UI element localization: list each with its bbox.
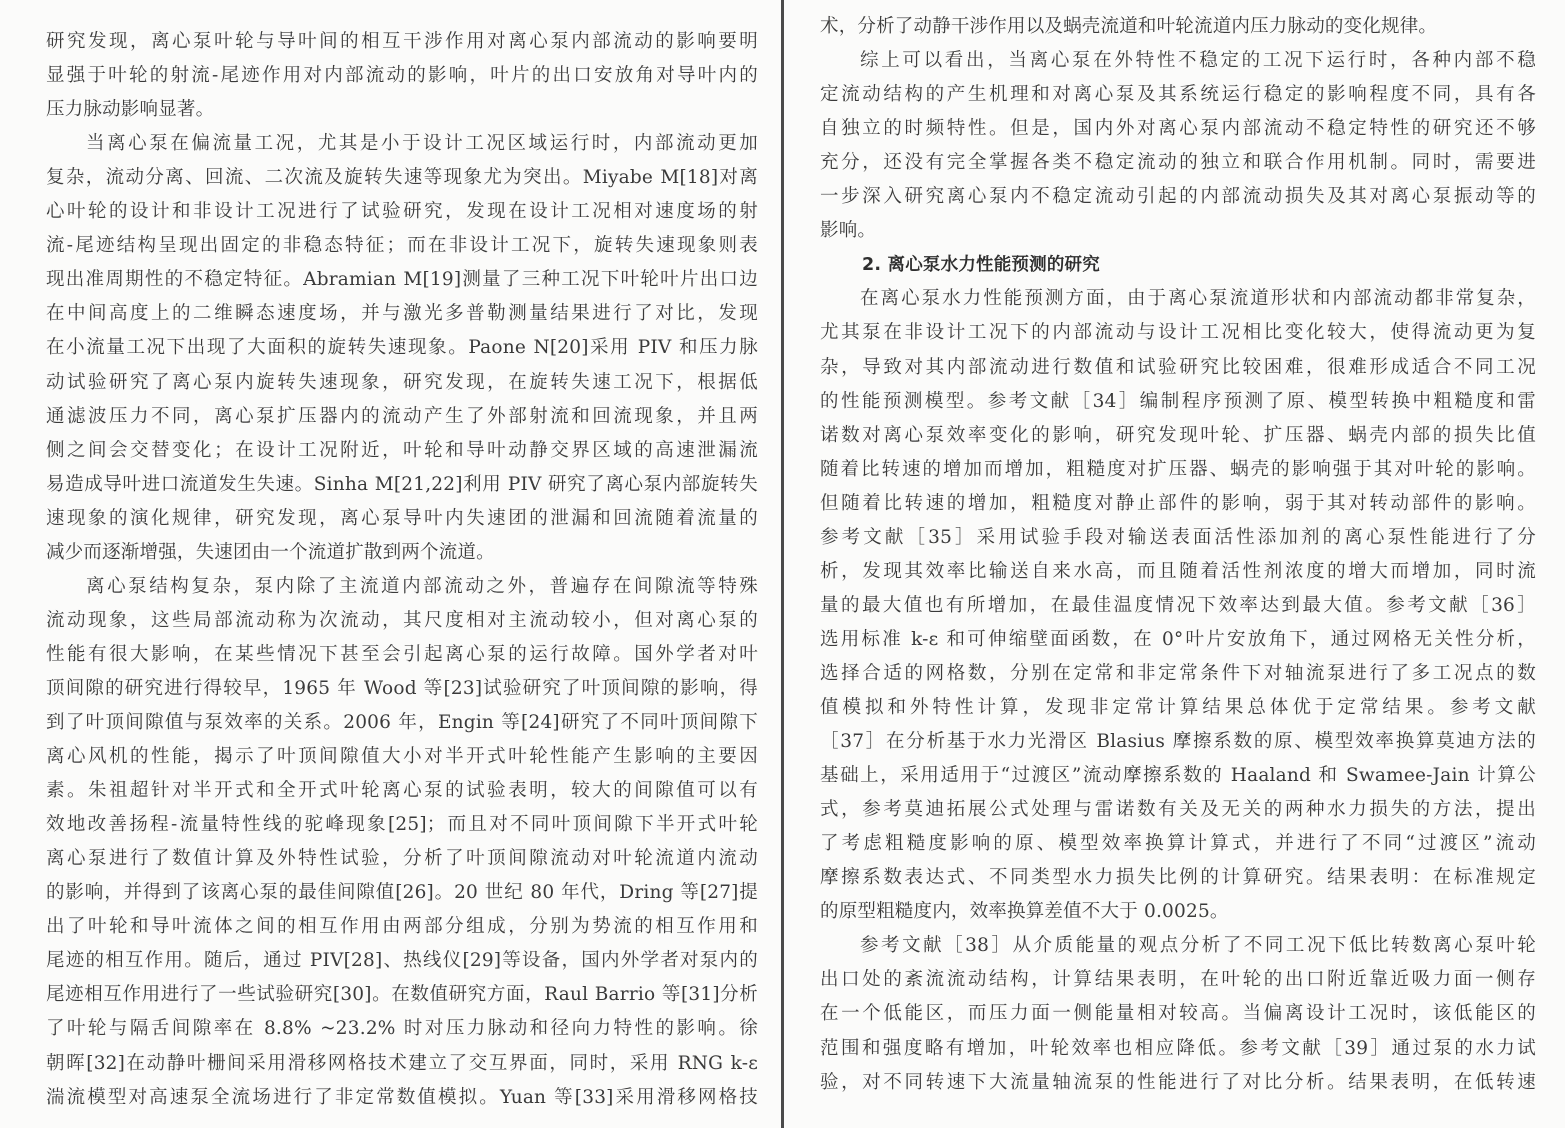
text-line: 了叶轮与隔舌间隙率在 8.8% ~23.2% 时对压力脉动和径向力特性的影响。徐 [46,1012,758,1046]
text-line: 术，分析了动静干涉作用以及蜗壳流道和叶轮流道内压力脉动的变化规律。 [820,10,1536,44]
text-line: 的原型粗糙度内，效率换算差值不大于 0.0025。 [820,895,1536,929]
text-line: 定流动结构的产生机理和对离心泵及其系统运行稳定的影响程度不同，具有各 [820,78,1536,112]
text-line: 离心风机的性能，揭示了叶顶间隙值大小对半开式叶轮性能产生影响的主要因 [46,740,758,774]
text-line: 性能有很大影响，在某些情况下甚至会引起离心泵的运行故障。国外学者对叶 [46,638,758,672]
text-line: 但随着比转速的增加，粗糙度对静止部件的影响，弱于其对转动部件的影响。 [820,487,1536,521]
text-line: 在中间高度上的二维瞬态速度场，并与激光多普勒测量结果进行了对比，发现 [46,297,758,331]
text-line: 诺数对离心泵效率变化的影响，研究发现叶轮、扩压器、蜗壳内部的损失比值 [820,419,1536,453]
text-line: 综上可以看出，当离心泵在外特性不稳定的工况下运行时，各种内部不稳 [860,44,1536,78]
text-line: 效地改善扬程-流量特性线的驼峰现象[25]；而且对不同叶顶间隙下半开式叶轮 [46,808,758,842]
text-line: 离心泵进行了数值计算及外特性试验，分析了叶顶间隙流动对叶轮流道内流动 [46,842,758,876]
text-line: 影响。 [820,214,1536,248]
column-divider [781,0,784,1128]
text-line: 尾迹的相互作用。随后，通过 PIV[28]、热线仪[29]等设备，国内外学者对泵… [46,944,758,978]
text-line: 充分，还没有完全掌握各类不稳定流动的独立和联合作用机制。同时，需要进 [820,146,1536,180]
text-line: 速现象的演化规律，研究发现，离心泵导叶内失速团的泄漏和回流随着流量的 [46,502,758,536]
text-line: 尾迹相互作用进行了一些试验研究[30]。在数值研究方面，Raul Barrio … [46,978,758,1012]
text-line: 范围和强度略有增加，叶轮效率也相应降低。参考文献［39］通过泵的水力试 [820,1032,1536,1066]
text-line: 减少而逐渐增强，失速团由一个流道扩散到两个流道。 [46,536,758,570]
text-line: 杂，导致对其内部流动进行数值和试验研究比较困难，很难形成适合不同工况 [820,351,1536,385]
text-line: 顶间隙的研究进行得较早，1965 年 Wood 等[23]试验研究了叶顶间隙的影… [46,672,758,706]
text-line: 流-尾迹结构呈现出固定的非稳态特征；而在非设计工况下，旋转失速现象则表 [46,229,758,263]
text-line: 参考文献［35］采用试验手段对输送表面活性添加剂的离心泵性能进行了分 [820,521,1536,555]
text-line: 选择合适的网格数，分别在定常和非定常条件下对轴流泵进行了多工况点的数 [820,657,1536,691]
text-line: 动试验研究了离心泵内旋转失速现象，研究发现，在旋转失速工况下，根据低 [46,366,758,400]
text-line: 当离心泵在偏流量工况，尤其是小于设计工况区域运行时，内部流动更加 [86,127,758,161]
text-line: 选用标准 k-ε 和可伸缩壁面函数，在 0°叶片安放角下，通过网格无关性分析， [820,623,1536,657]
text-line: 朝晖[32]在动静叶栅间采用滑移网格技术建立了交互界面，同时，采用 RNG k-… [46,1047,758,1081]
text-line: 到了叶顶间隙值与泵效率的关系。2006 年，Engin 等[24]研究了不同叶顶… [46,706,758,740]
text-line: 流动现象，这些局部流动称为次流动，其尺度相对主流动较小，但对离心泵的 [46,604,758,638]
text-line: 尤其泵在非设计工况下的内部流动与设计工况相比变化较大，使得流动更为复 [820,316,1536,350]
text-line: 在离心泵水力性能预测方面，由于离心泵流道形状和内部流动都非常复杂， [860,282,1536,316]
text-line: 易造成导叶进口流道发生失速。Sinha M[21,22]利用 PIV 研究了离心… [46,468,758,502]
text-line: 析，发现其效率比输送自来水高，而且随着活性剂浓度的增大而增加，同时流 [820,555,1536,589]
text-line: 研究发现，离心泵叶轮与导叶间的相互干涉作用对离心泵内部流动的影响要明 [46,25,758,59]
text-line: 湍流模型对高速泵全流场进行了非定常数值模拟。Yuan 等[33]采用滑移网格技 [46,1081,758,1115]
text-line: 摩擦系数表达式、不同类型水力损失比例的计算研究。结果表明：在标准规定 [820,861,1536,895]
text-line: 验，对不同转速下大流量轴流泵的性能进行了对比分析。结果表明，在低转速 [820,1066,1536,1100]
text-line: 现出准周期性的不稳定特征。Abramian M[19]测量了三种工况下叶轮叶片出… [46,263,758,297]
text-line: 复杂，流动分离、回流、二次流及旋转失速等现象尤为突出。Miyabe M[18]对… [46,161,758,195]
text-line: 压力脉动影响显著。 [46,93,758,127]
text-line: 在小流量工况下出现了大面积的旋转失速现象。Paone N[20]采用 PIV 和… [46,331,758,365]
text-line: 参考文献［38］从介质能量的观点分析了不同工况下低比转数离心泵叶轮 [860,929,1536,963]
text-line: 素。朱祖超针对半开式和全开式叶轮离心泵的试验表明，较大的间隙值可以有 [46,774,758,808]
text-line: 一步深入研究离心泵内不稳定流动引起的内部流动损失及其对离心泵振动等的 [820,180,1536,214]
text-line: 离心泵结构复杂，泵内除了主流道内部流动之外，普遍存在间隙流等特殊 [86,570,758,604]
text-line: 出口处的紊流流动结构，计算结果表明，在叶轮的出口附近靠近吸力面一侧存 [820,963,1536,997]
text-line: 侧之间会交替变化；在设计工况附近，叶轮和导叶动静交界区域的高速泄漏流 [46,434,758,468]
text-line: 在一个低能区，而压力面一侧能量相对较高。当偏离设计工况时，该低能区的 [820,997,1536,1031]
text-line: 自独立的时频特性。但是，国内外对离心泵内部流动不稳定特性的研究还不够 [820,112,1536,146]
text-line: 随着比转速的增加而增加，粗糙度对扩压器、蜗壳的影响强于其对叶轮的影响。 [820,453,1536,487]
text-line: 通滤波压力不同，离心泵扩压器内的流动产生了外部射流和回流现象，并且两 [46,400,758,434]
text-line: 量的最大值也有所增加，在最佳温度情况下效率达到最大值。参考文献［36］ [820,589,1536,623]
text-line: 值模拟和外特性计算，发现非定常计算结果总体优于定常结果。参考文献 [820,691,1536,725]
text-line: 式，参考莫迪拓展公式处理与雷诺数有关及无关的两种水力损失的方法，提出 [820,793,1536,827]
text-line: 基础上，采用适用于“过渡区”流动摩擦系数的 Haaland 和 Swamee-J… [820,759,1536,793]
section-heading: 2. 离心泵水力性能预测的研究 [862,248,1100,282]
text-line: 的性能预测模型。参考文献［34］编制程序预测了原、模型转换中粗糙度和雷 [820,385,1536,419]
text-line: 了考虑粗糙度影响的原、模型效率换算计算式，并进行了不同“过渡区”流动 [820,827,1536,861]
text-line: ［37］在分析基于水力光滑区 Blasius 摩擦系数的原、模型效率换算莫迪方法… [820,725,1536,759]
text-line: 的影响，并得到了该离心泵的最佳间隙值[26]。20 世纪 80 年代，Dring… [46,876,758,910]
text-line: 心叶轮的设计和非设计工况进行了试验研究，发现在设计工况相对速度场的射 [46,195,758,229]
text-line: 出了叶轮和导叶流体之间的相互作用由两部分组成，分别为势流的相互作用和 [46,910,758,944]
text-line: 显强于叶轮的射流-尾迹作用对内部流动的影响，叶片的出口安放角对导叶内的 [46,59,758,93]
